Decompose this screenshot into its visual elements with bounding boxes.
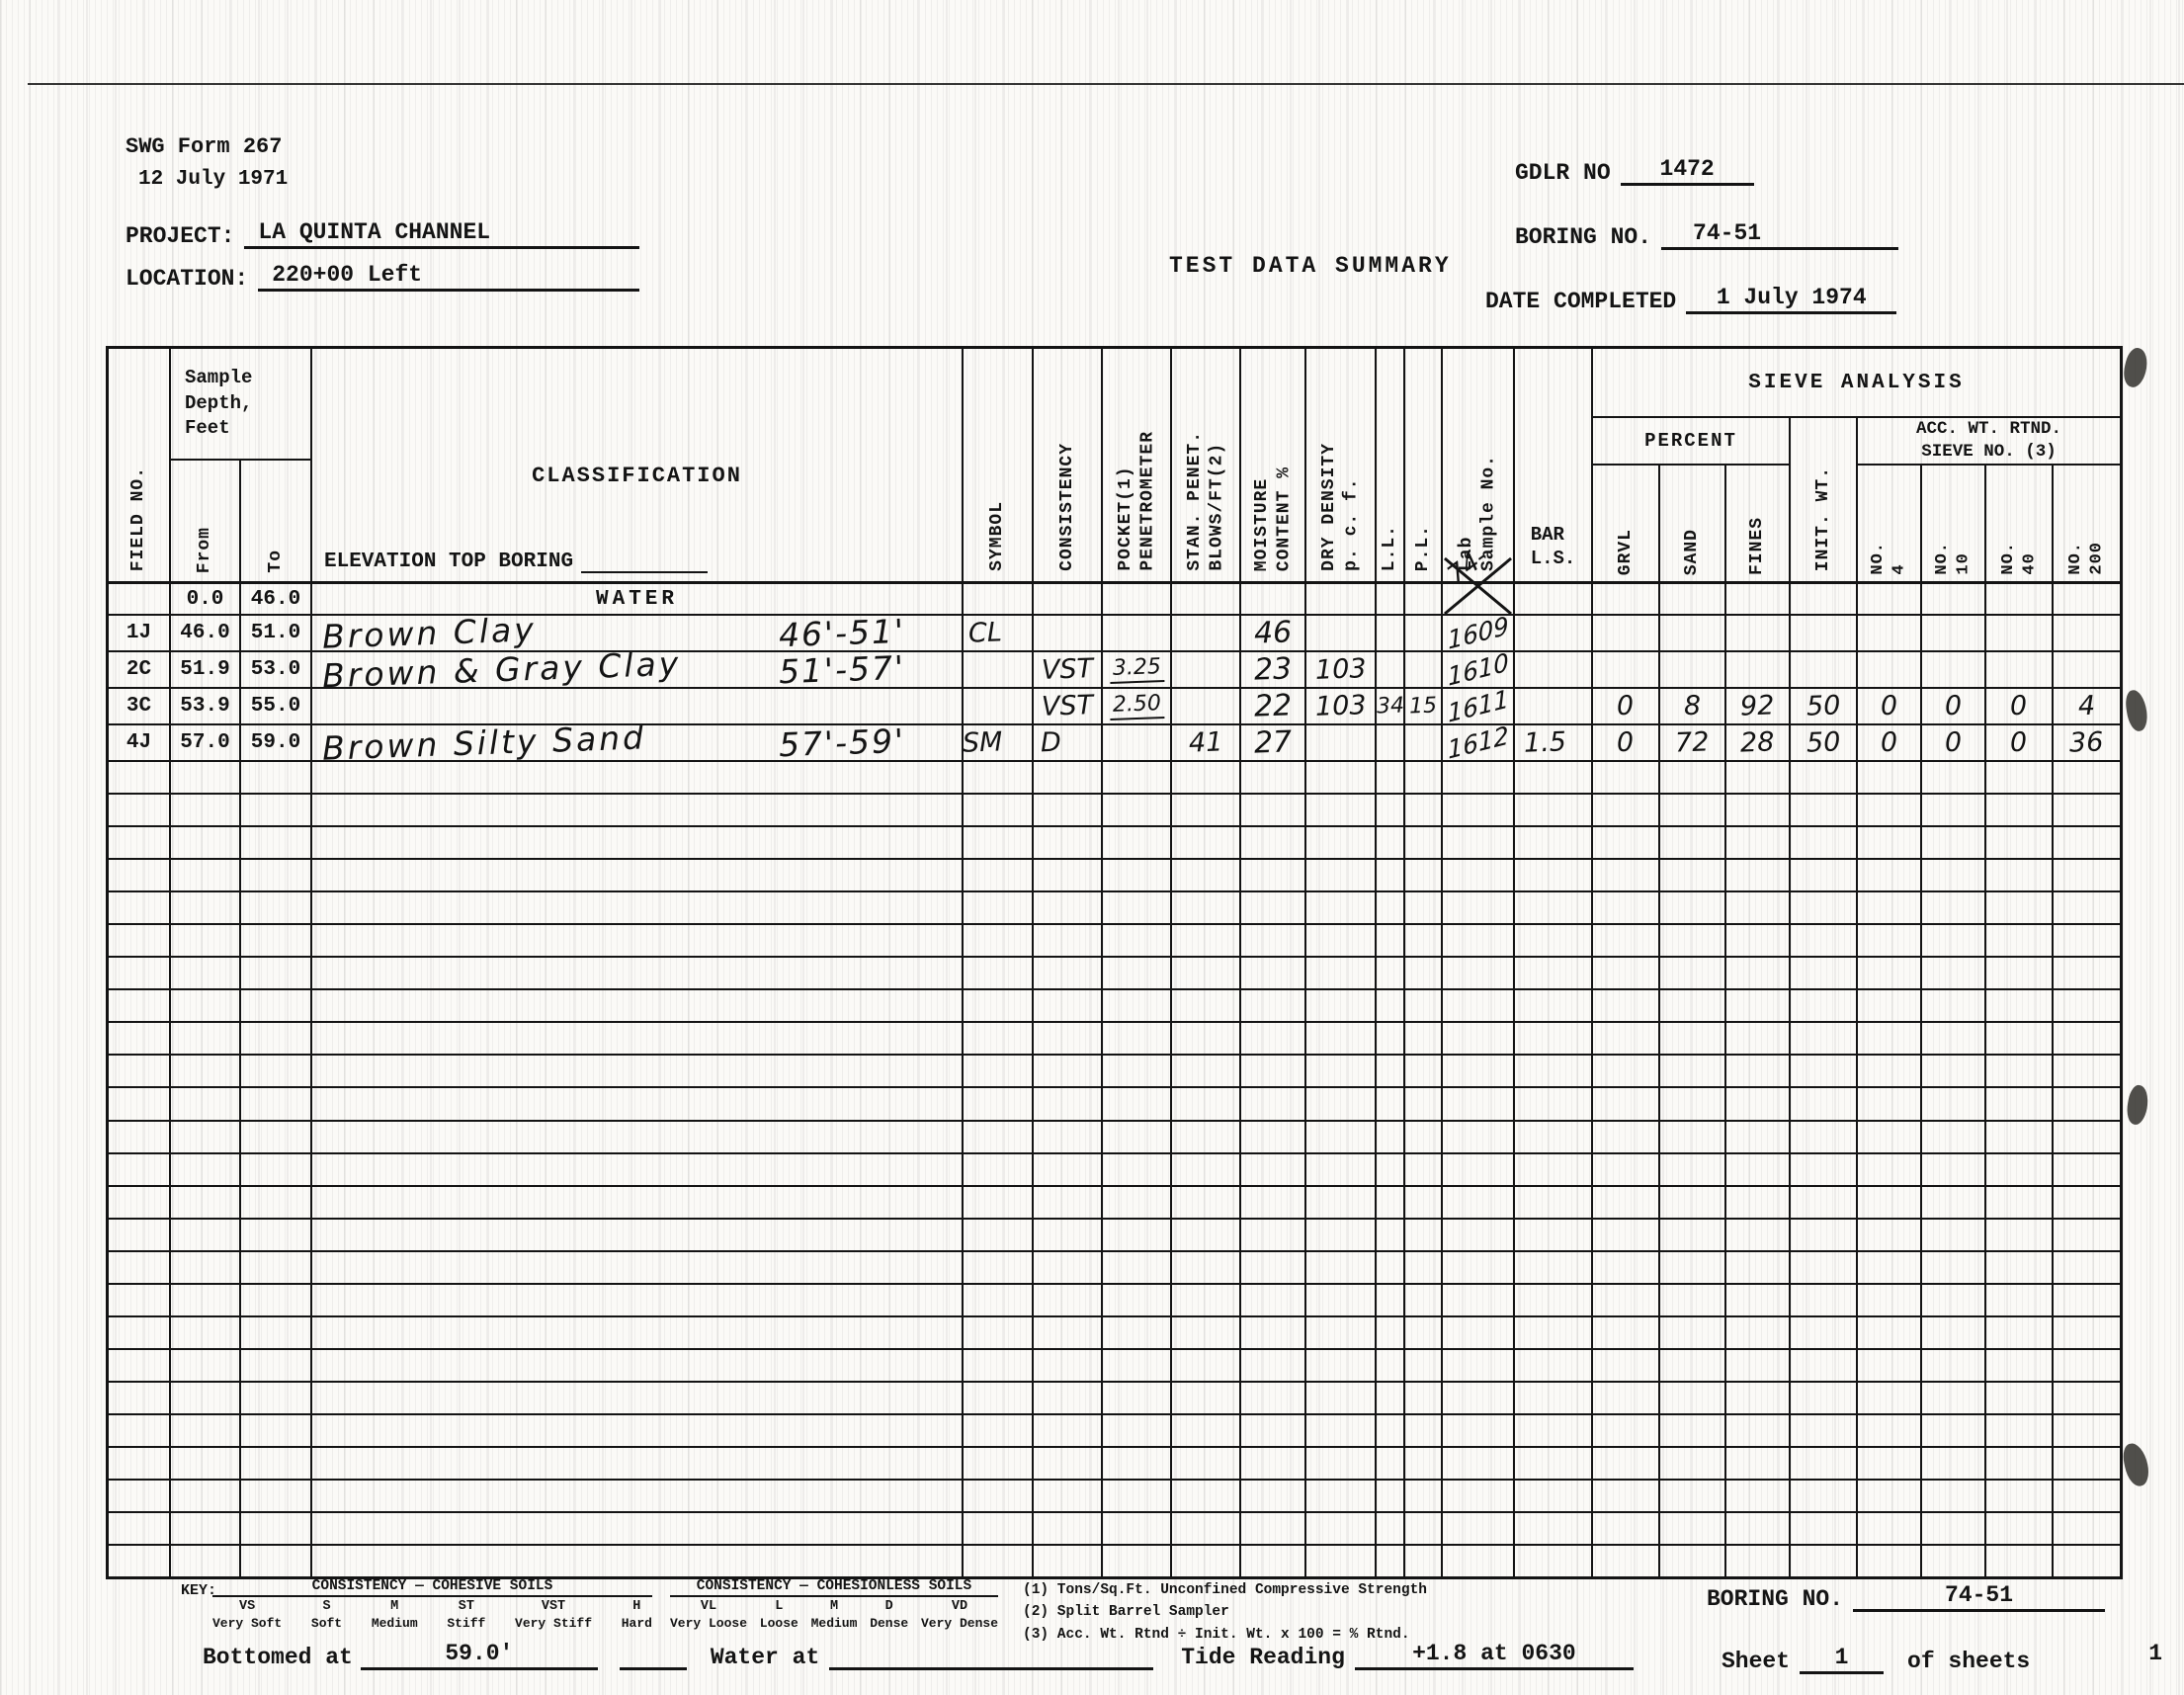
col-header-no200: NO. 200 — [2054, 466, 2120, 581]
empty-cell — [964, 1122, 1034, 1152]
empty-cell — [1034, 1481, 1103, 1511]
table-row-4J: 4J 57.0 59.0 Brown Silty Sand 57'-59' SM… — [109, 725, 2120, 762]
empty-cell — [1726, 1122, 1791, 1152]
empty-cell — [1172, 892, 1241, 923]
empty-cell — [241, 1088, 312, 1119]
empty-cell — [171, 1415, 241, 1446]
empty-cell — [1241, 1546, 1306, 1576]
empty-cell — [1241, 762, 1306, 793]
empty-cell — [1377, 1448, 1405, 1479]
table-row-2C: 2C 51.9 53.0 Brown & Gray Clay 51'-57' V… — [109, 652, 2120, 689]
empty-cell — [1791, 1415, 1858, 1446]
empty-cell — [1922, 795, 1986, 825]
col-header-field-no: FIELD NO. — [109, 349, 171, 581]
empty-cell — [109, 1448, 171, 1479]
empty-cell — [1791, 1187, 1858, 1218]
empty-cell — [1791, 1383, 1858, 1413]
empty-cell — [1377, 1088, 1405, 1119]
empty-cell — [109, 795, 171, 825]
cell-consistency: VST — [1034, 652, 1103, 687]
empty-cell — [1172, 925, 1241, 956]
empty-cell — [1034, 795, 1103, 825]
key-notes: (1) Tons/Sq.Ft. Unconfined Compressive S… — [1023, 1579, 1427, 1646]
empty-cell — [964, 1383, 1034, 1413]
empty-row — [109, 990, 2120, 1023]
empty-cell — [1172, 1317, 1241, 1348]
empty-cell — [1034, 1513, 1103, 1544]
empty-cell — [1306, 958, 1377, 988]
empty-cell — [1791, 1220, 1858, 1250]
table-row-3C: 3C 53.9 55.0 VST 2.50 22 103 34 15 1611 … — [109, 689, 2120, 725]
boring-no-field: BORING NO. 74-51 — [1515, 220, 1898, 250]
col-header-grvl: GRVL — [1593, 466, 1660, 581]
empty-cell — [2054, 1317, 2120, 1348]
empty-cell — [312, 1056, 964, 1086]
empty-cell — [1103, 1023, 1172, 1054]
empty-cell — [1034, 1122, 1103, 1152]
project-label: PROJECT: — [126, 223, 234, 249]
empty-cell — [1172, 1546, 1241, 1576]
key-item: MMedium — [811, 1599, 858, 1633]
cell-field: 1J — [109, 616, 171, 650]
empty-cell — [1405, 1350, 1443, 1381]
empty-cell — [109, 1546, 171, 1576]
empty-cell — [1791, 1513, 1858, 1544]
empty-cell — [2054, 1383, 2120, 1413]
empty-cell — [1172, 1481, 1241, 1511]
empty-cell — [2054, 827, 2120, 858]
empty-cell — [1405, 892, 1443, 923]
empty-cell — [1593, 1285, 1660, 1315]
empty-cell — [1103, 1154, 1172, 1185]
empty-cell — [1172, 1122, 1241, 1152]
empty-cell — [1660, 762, 1726, 793]
empty-cell — [109, 1481, 171, 1511]
empty-cell — [1172, 795, 1241, 825]
empty-cell — [171, 1513, 241, 1544]
empty-cell — [1034, 762, 1103, 793]
cell-no4: 0 — [1858, 725, 1922, 760]
sheet-label: Sheet — [1722, 1649, 1790, 1674]
empty-cell — [109, 1383, 171, 1413]
empty-cell — [1858, 1252, 1922, 1283]
empty-cell — [241, 1154, 312, 1185]
cell-symbol: SM — [964, 725, 1034, 760]
empty-cell — [1443, 762, 1515, 793]
col-header-ll: L.L. — [1377, 349, 1405, 581]
sheet-number: 1 — [1800, 1645, 1884, 1674]
empty-cell — [1515, 1023, 1593, 1054]
empty-cell — [1593, 762, 1660, 793]
empty-cell — [1241, 990, 1306, 1021]
cell-sand: 72 — [1660, 725, 1726, 760]
empty-cell — [1172, 1285, 1241, 1315]
table-header: FIELD NO. Sample Depth, Feet From To CLA… — [109, 349, 2120, 584]
key-cohesionless-title: CONSISTENCY — COHESIONLESS SOILS — [670, 1578, 998, 1597]
empty-cell — [171, 1220, 241, 1250]
empty-cell — [2054, 1481, 2120, 1511]
empty-cell — [1660, 892, 1726, 923]
empty-cell — [1593, 1317, 1660, 1348]
empty-cell — [1306, 990, 1377, 1021]
empty-cell — [1172, 1448, 1241, 1479]
empty-cell — [1515, 795, 1593, 825]
empty-cell — [1306, 1350, 1377, 1381]
empty-cell — [1726, 795, 1791, 825]
empty-cell — [1241, 1122, 1306, 1152]
empty-cell — [1791, 990, 1858, 1021]
empty-cell — [1306, 795, 1377, 825]
empty-cell — [241, 1350, 312, 1381]
percent-label: PERCENT — [1593, 418, 1789, 466]
empty-cell — [1660, 990, 1726, 1021]
empty-cell — [1660, 795, 1726, 825]
ink-smudge — [2124, 689, 2149, 732]
empty-cell — [1726, 762, 1791, 793]
scanned-form-sheet: SWG Form 267 12 July 1971 PROJECT: LA QU… — [0, 0, 2184, 1695]
cell-consistency: VST — [1034, 689, 1103, 723]
empty-cell — [1515, 1056, 1593, 1086]
empty-cell — [1306, 1154, 1377, 1185]
empty-cell — [1726, 827, 1791, 858]
empty-cell — [1858, 1122, 1922, 1152]
footer-sheet: Sheet 1 of sheets 1 — [1722, 1645, 2162, 1674]
empty-cell — [964, 1088, 1034, 1119]
empty-cell — [1986, 1187, 2054, 1218]
empty-row — [109, 762, 2120, 795]
empty-cell — [1660, 1350, 1726, 1381]
empty-cell — [241, 1220, 312, 1250]
empty-cell — [2054, 1187, 2120, 1218]
sieve-analysis-group: SIEVE ANALYSIS PERCENT GRVL SAND FINES I… — [1593, 349, 2120, 581]
empty-cell — [241, 892, 312, 923]
empty-cell — [1922, 1187, 1986, 1218]
empty-cell — [1660, 958, 1726, 988]
cell-from: 57.0 — [171, 725, 241, 760]
empty-cell — [171, 1383, 241, 1413]
empty-cell — [2054, 1448, 2120, 1479]
empty-cell — [1443, 795, 1515, 825]
empty-cell — [1172, 990, 1241, 1021]
empty-cell — [964, 892, 1034, 923]
empty-cell — [312, 762, 964, 793]
empty-cell — [1858, 1023, 1922, 1054]
bottomed-at-label: Bottomed at — [203, 1645, 353, 1670]
empty-cell — [2054, 990, 2120, 1021]
empty-cell — [1306, 925, 1377, 956]
empty-cell — [312, 1350, 964, 1381]
cell-sand: 8 — [1660, 689, 1726, 723]
empty-cell — [1858, 1154, 1922, 1185]
empty-cell — [1593, 1448, 1660, 1479]
footer-boring-value: 74-51 — [1853, 1582, 2105, 1612]
empty-cell — [1515, 827, 1593, 858]
cell-bar-ls: 1.5 — [1515, 725, 1593, 760]
empty-cell — [1172, 1383, 1241, 1413]
col-header-fines: FINES — [1726, 466, 1789, 581]
empty-cell — [1377, 892, 1405, 923]
empty-cell — [1034, 958, 1103, 988]
empty-cell — [1593, 990, 1660, 1021]
empty-cell — [1791, 1285, 1858, 1315]
empty-cell — [964, 860, 1034, 890]
empty-cell — [241, 1383, 312, 1413]
empty-cell — [1034, 1252, 1103, 1283]
scan-edge-line — [28, 83, 2184, 85]
empty-cell — [1241, 1056, 1306, 1086]
empty-cell — [1726, 1220, 1791, 1250]
empty-cell — [964, 1415, 1034, 1446]
empty-cell — [1726, 1448, 1791, 1479]
cell-grvl: 0 — [1593, 725, 1660, 760]
cell-field: 4J — [109, 725, 171, 760]
empty-cell — [1986, 1415, 2054, 1446]
empty-cell — [1791, 827, 1858, 858]
empty-cell — [241, 1546, 312, 1576]
empty-row — [109, 795, 2120, 827]
empty-cell — [1593, 1187, 1660, 1218]
empty-cell — [1660, 1415, 1726, 1446]
empty-cell — [1034, 1023, 1103, 1054]
col-header-consistency: CONSISTENCY — [1034, 349, 1103, 581]
cell-stan-penet: 41 — [1172, 725, 1241, 760]
empty-cell — [1306, 1122, 1377, 1152]
empty-cell — [1922, 990, 1986, 1021]
empty-cell — [1660, 1252, 1726, 1283]
empty-cell — [1726, 1023, 1791, 1054]
empty-cell — [1791, 1448, 1858, 1479]
empty-cell — [1034, 1415, 1103, 1446]
empty-cell — [171, 1350, 241, 1381]
cell-from: 46.0 — [171, 616, 241, 650]
empty-cell — [1791, 892, 1858, 923]
table-row-water: 0.0 46.0 WATER — [109, 584, 2120, 616]
empty-cell — [171, 1285, 241, 1315]
blank-segment — [620, 1645, 687, 1670]
empty-cell — [109, 1154, 171, 1185]
tide-reading-label: Tide Reading — [1181, 1645, 1345, 1670]
empty-cell — [1103, 762, 1172, 793]
empty-cell — [1405, 1513, 1443, 1544]
empty-cell — [1726, 1088, 1791, 1119]
empty-cell — [1306, 1383, 1377, 1413]
empty-cell — [1858, 1285, 1922, 1315]
empty-cell — [312, 1415, 964, 1446]
empty-cell — [1103, 990, 1172, 1021]
sample-depth-label: Sample Depth, Feet — [171, 349, 310, 461]
empty-cell — [1922, 1088, 1986, 1119]
empty-cell — [1858, 990, 1922, 1021]
boring-no-label: BORING NO. — [1515, 224, 1651, 250]
empty-cell — [1241, 892, 1306, 923]
empty-cell — [109, 1317, 171, 1348]
empty-row — [109, 1317, 2120, 1350]
empty-cell — [1922, 925, 1986, 956]
empty-cell — [1306, 1415, 1377, 1446]
empty-cell — [1034, 1154, 1103, 1185]
empty-cell — [241, 827, 312, 858]
empty-cell — [1405, 958, 1443, 988]
empty-cell — [1034, 1056, 1103, 1086]
empty-cell — [1103, 827, 1172, 858]
empty-cell — [1241, 1448, 1306, 1479]
empty-cell — [1593, 827, 1660, 858]
cell-lab-crossed — [1443, 584, 1515, 614]
empty-cell — [109, 827, 171, 858]
of-sheets-label: of sheets — [1907, 1649, 2030, 1674]
empty-cell — [241, 1056, 312, 1086]
empty-cell — [1660, 1448, 1726, 1479]
empty-cell — [171, 1187, 241, 1218]
empty-cell — [1405, 1285, 1443, 1315]
empty-cell — [1791, 1122, 1858, 1152]
empty-cell — [1103, 1088, 1172, 1119]
project-field: PROJECT: LA QUINTA CHANNEL — [126, 219, 639, 249]
empty-cell — [964, 1023, 1034, 1054]
empty-cell — [1726, 860, 1791, 890]
empty-cell — [171, 1252, 241, 1283]
empty-cell — [964, 925, 1034, 956]
empty-cell — [1922, 1317, 1986, 1348]
empty-cell — [241, 990, 312, 1021]
empty-cell — [1515, 1220, 1593, 1250]
empty-cell — [241, 958, 312, 988]
empty-row — [109, 1481, 2120, 1513]
empty-cell — [1922, 860, 1986, 890]
empty-cell — [1306, 1252, 1377, 1283]
empty-cell — [964, 1448, 1034, 1479]
empty-row — [109, 1415, 2120, 1448]
key-cohesive-soils: CONSISTENCY — COHESIVE SOILS VSVery Soft… — [212, 1578, 652, 1633]
empty-cell — [312, 1220, 964, 1250]
empty-cell — [1986, 925, 2054, 956]
empty-cell — [1986, 1220, 2054, 1250]
col-header-stan-penet: STAN. PENET. BLOWS/FT(2) — [1172, 349, 1241, 581]
empty-cell — [1922, 1481, 1986, 1511]
empty-cell — [2054, 958, 2120, 988]
empty-cell — [1405, 762, 1443, 793]
empty-cell — [109, 1350, 171, 1381]
empty-cell — [1377, 1220, 1405, 1250]
empty-cell — [1306, 1513, 1377, 1544]
cell-no40: 0 — [1986, 725, 2054, 760]
empty-cell — [312, 1546, 964, 1576]
empty-cell — [1377, 1383, 1405, 1413]
empty-cell — [1726, 1383, 1791, 1413]
empty-cell — [171, 762, 241, 793]
empty-cell — [1034, 892, 1103, 923]
empty-row — [109, 1122, 2120, 1154]
empty-cell — [1443, 1088, 1515, 1119]
cell-dry-density: 103 — [1306, 652, 1377, 687]
empty-cell — [109, 1252, 171, 1283]
empty-cell — [1515, 990, 1593, 1021]
note-2: (2) Split Barrel Sampler — [1023, 1601, 1427, 1623]
empty-cell — [1986, 860, 2054, 890]
empty-cell — [2054, 1056, 2120, 1086]
empty-cell — [1103, 1415, 1172, 1446]
bottomed-at-value: 59.0' — [361, 1641, 598, 1670]
empty-cell — [1726, 1285, 1791, 1315]
cell-moisture: 22 — [1241, 689, 1306, 723]
total-sheets: 1 — [2148, 1641, 2162, 1666]
empty-row — [109, 1056, 2120, 1088]
empty-cell — [964, 958, 1034, 988]
gdlr-value: 1472 — [1621, 156, 1754, 186]
empty-cell — [1103, 1546, 1172, 1576]
empty-cell — [1858, 795, 1922, 825]
empty-cell — [1172, 1415, 1241, 1446]
cell-to: 59.0 — [241, 725, 312, 760]
empty-cell — [1515, 1122, 1593, 1152]
empty-cell — [1103, 860, 1172, 890]
empty-cell — [1377, 1122, 1405, 1152]
empty-cell — [1103, 958, 1172, 988]
project-value: LA QUINTA CHANNEL — [244, 219, 639, 249]
empty-cell — [1172, 1088, 1241, 1119]
empty-cell — [2054, 1415, 2120, 1446]
empty-cell — [964, 762, 1034, 793]
empty-cell — [1443, 892, 1515, 923]
empty-cell — [1858, 958, 1922, 988]
empty-cell — [1241, 1383, 1306, 1413]
empty-cell — [1241, 1285, 1306, 1315]
cell-pocket: 2.50 — [1103, 689, 1172, 723]
cell-moisture: 27 — [1241, 725, 1306, 760]
empty-cell — [1660, 1056, 1726, 1086]
empty-cell — [1443, 1383, 1515, 1413]
empty-cell — [1593, 925, 1660, 956]
empty-cell — [1922, 1122, 1986, 1152]
cell-classification: WATER — [312, 584, 964, 614]
empty-cell — [1986, 1448, 2054, 1479]
empty-cell — [1377, 1056, 1405, 1086]
cell-field — [109, 584, 171, 614]
key-item: VSVery Soft — [212, 1599, 282, 1633]
empty-cell — [964, 1317, 1034, 1348]
empty-cell — [1443, 990, 1515, 1021]
tide-reading-value: +1.8 at 0630 — [1355, 1641, 1634, 1670]
empty-cell — [1034, 1317, 1103, 1348]
empty-cell — [241, 1023, 312, 1054]
empty-cell — [1922, 1023, 1986, 1054]
empty-cell — [1443, 925, 1515, 956]
form-number: SWG Form 267 — [126, 134, 282, 159]
empty-cell — [1241, 860, 1306, 890]
empty-cell — [964, 1056, 1034, 1086]
empty-cell — [1377, 1252, 1405, 1283]
empty-cell — [312, 795, 964, 825]
empty-row — [109, 1383, 2120, 1415]
empty-cell — [109, 1122, 171, 1152]
empty-cell — [1103, 1252, 1172, 1283]
empty-cell — [1405, 1252, 1443, 1283]
empty-cell — [1515, 958, 1593, 988]
empty-cell — [1593, 1023, 1660, 1054]
col-header-no40: NO. 40 — [1986, 466, 2054, 581]
empty-row — [109, 1546, 2120, 1576]
empty-cell — [1858, 1415, 1922, 1446]
empty-cell — [1791, 1546, 1858, 1576]
empty-cell — [964, 795, 1034, 825]
cell-field: 3C — [109, 689, 171, 723]
empty-cell — [241, 1317, 312, 1348]
empty-cell — [1593, 1088, 1660, 1119]
empty-cell — [1377, 860, 1405, 890]
key-cohesive-title: CONSISTENCY — COHESIVE SOILS — [212, 1578, 652, 1597]
empty-cell — [312, 892, 964, 923]
empty-cell — [1986, 1383, 2054, 1413]
